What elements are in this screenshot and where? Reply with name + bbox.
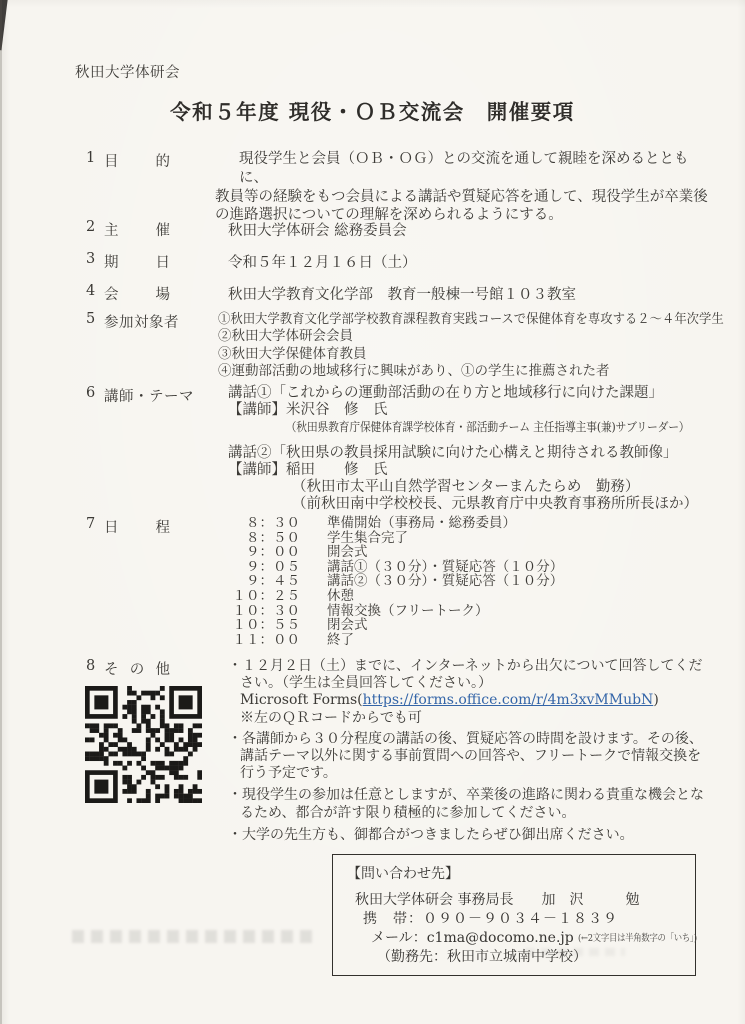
qr-code [85,686,202,803]
bullet-line: ・大学の先生方も、御都合がつきましたらぜひ御出席ください。 [228,827,728,844]
forms-suffix: ) [653,692,658,708]
schedule-time: １１：００ [228,633,300,648]
other-bullet: ・大学の先生方も、御都合がつきましたらぜひ御出席ください。 [228,827,728,844]
contact-phone: 携 帯：０９０－９０３４－１８３９ [363,910,695,929]
talk-2: 講話②「秋田県の教員採用試験に向けた心構えと期待される教師像」 【講師】稲田 修… [228,445,728,513]
other-bullet: ・１２月２日（土）までに、インターネットから出欠について回答してくだ さい。（学… [228,658,728,727]
schedule-row: １０：２５休憩 [228,589,728,604]
schedule-time: ９：００ [228,545,300,560]
bullet-line: 講話テーマ以外に関する事前質問への回答や、フリートークで情報交換を [228,748,728,765]
talk-speaker: 【講師】米沢谷 修 氏 [228,402,728,419]
purpose-line: 教員等の経験をもつ会員による講話や質疑応答を通して、現役学生が卒業後 [215,188,715,207]
talk-speaker-note: （秋田県教育庁保健体育課学校体育・部活動チーム 主任指導主事(兼)サブリーダー） [228,419,678,436]
schedule-row: １１：００終了 [228,633,728,648]
schedule-item: 休憩 [327,589,354,604]
schedule-time: ９：０５ [228,560,300,575]
section-number: 8 [86,658,95,674]
section-number: 6 [86,385,95,401]
schedule-row: ８：３０準備開始（事務局・総務委員） [228,516,728,531]
section-label: 日程 [104,516,170,537]
contact-box: 【問い合わせ先】 秋田大学体研会 事務局長 加 沢 勉 携 帯：０９０－９０３４… [332,854,696,976]
section-number: 3 [86,251,95,267]
section-number: 7 [86,516,95,532]
schedule-time: １０：３０ [228,604,300,619]
bleed-through-artifact [525,948,625,956]
qr-note: ※左のＱＲコードからでも可 [228,710,728,727]
schedule-row: １０：５５閉会式 [228,618,728,633]
talk-speaker: 【講師】稲田 修 氏 [228,462,728,479]
schedule-item: 情報交換（フリートーク） [327,604,488,619]
talk-title: 講話①「これからの運動部活動の在り方と地域移行に向けた課題」 [228,385,728,402]
venue-text: 秋田大学教育文化学部 教育一般棟一号館１０３教室 [228,283,728,304]
forms-line: Microsoft Forms(https://forms.office.com… [228,692,728,709]
section-label: その他 [104,658,170,679]
schedule-item: 準備開始（事務局・総務委員） [327,516,516,531]
section-number: 4 [86,283,95,299]
schedule-time: ９：４５ [228,574,300,589]
schedule-row: １０：３０情報交換（フリートーク） [228,604,728,619]
talk-title: 講話②「秋田県の教員採用試験に向けた心構えと期待される教師像」 [228,445,728,462]
forms-prefix: Microsoft Forms( [240,692,363,708]
schedule-item: 終了 [327,633,354,648]
section-label: 期日 [104,251,170,272]
date-text: 令和５年１２月１６日（土） [228,251,728,272]
schedule-time: ８：３０ [228,516,300,531]
section-label: 会場 [104,283,170,304]
bullet-line: ・現役学生の参加は任意としますが、卒業後の進路に関わる貴重な機会とな [228,787,728,804]
bleed-through-artifact [72,930,312,943]
document-title: 令和５年度 現役・ＯＢ交流会 開催要項 [0,95,745,125]
email-note: (←2文字目は半角数字の「いち」) [578,929,697,948]
participant-item: ③秋田大学保健体育教員 [218,346,718,363]
forms-link[interactable]: https://forms.office.com/r/4m3xvMMubN [363,692,654,708]
bullet-line: さい。（学生は全員回答してください。） [228,675,728,692]
bullet-line: るため、都合が許す限り積極的に参加してください。 [228,805,728,822]
schedule-time: １０：２５ [228,589,300,604]
participant-item: ②秋田大学体研会会員 [218,328,718,345]
schedule-item: 開会式 [327,545,368,560]
schedule-item: 閉会式 [327,618,368,633]
other-bullet: ・現役学生の参加は任意としますが、卒業後の進路に関わる貴重な機会とな るため、都… [228,787,728,821]
schedule-row: ９：４５講話②（３０分）・質疑応答（１０分） [228,574,728,589]
bullet-line: 行う予定です。 [228,765,728,782]
talk-speaker-note: （前秋田南中学校校長、元県教育庁中央教育事務所所長ほか） [228,496,728,513]
section-number: 5 [86,311,95,327]
schedule-item: 学生集合完了 [327,531,408,546]
section-number: 1 [86,150,95,166]
participant-item: ④運動部活動の地域移行に興味があり、①の学生に推薦された者 [218,363,718,380]
section-label: 目的 [104,150,170,171]
other-bullet: ・各講師から３０分程度の講話の後、質疑応答の時間を設けます。その後、 講話テーマ… [228,731,728,783]
bullet-line: ・各講師から３０分程度の講話の後、質疑応答の時間を設けます。その後、 [228,731,728,748]
section-number: 2 [86,219,95,235]
contact-heading: 【問い合わせ先】 [347,863,695,883]
schedule-time: １０：５５ [228,618,300,633]
schedule-row: ９：００開会式 [228,545,728,560]
talk-speaker-note: （秋田市太平山自然学習センターまんたらめ 勤務） [228,479,728,496]
schedule-row: ８：５０学生集合完了 [228,531,728,546]
talk-1: 講話①「これからの運動部活動の在り方と地域移行に向けた課題」 【講師】米沢谷 修… [228,385,728,436]
section-label: 主催 [104,219,170,240]
host-text: 秋田大学体研会 総務委員会 [228,219,728,240]
section-label: 参加対象者 [104,311,179,332]
contact-email: メール：c1ma@docomo.ne.jp (←2文字目は半角数字の「いち」) [371,929,695,948]
bullet-line: ・１２月２日（土）までに、インターネットから出欠について回答してくだ [228,658,728,675]
purpose-line: 現役学生と会員（ＯＢ・ＯＧ）との交流を通して親睦を深めるとともに、 [215,150,715,188]
schedule-item: 講話②（３０分）・質疑応答（１０分） [327,574,563,589]
scanned-document-page: 秋田大学体研会 令和５年度 現役・ＯＢ交流会 開催要項 1 目的 現役学生と会員… [0,0,745,1024]
schedule-time: ８：５０ [228,531,300,546]
scan-left-edge [0,0,2,1024]
contact-person: 秋田大学体研会 事務局長 加 沢 勉 [355,891,695,910]
organization-name: 秋田大学体研会 [75,61,180,82]
participant-item: ①秋田大学教育文化学部学校教育課程教育実践コースで保健体育を専攻する２～４年次学… [218,311,693,328]
section-label: 講師・テーマ [104,385,194,406]
